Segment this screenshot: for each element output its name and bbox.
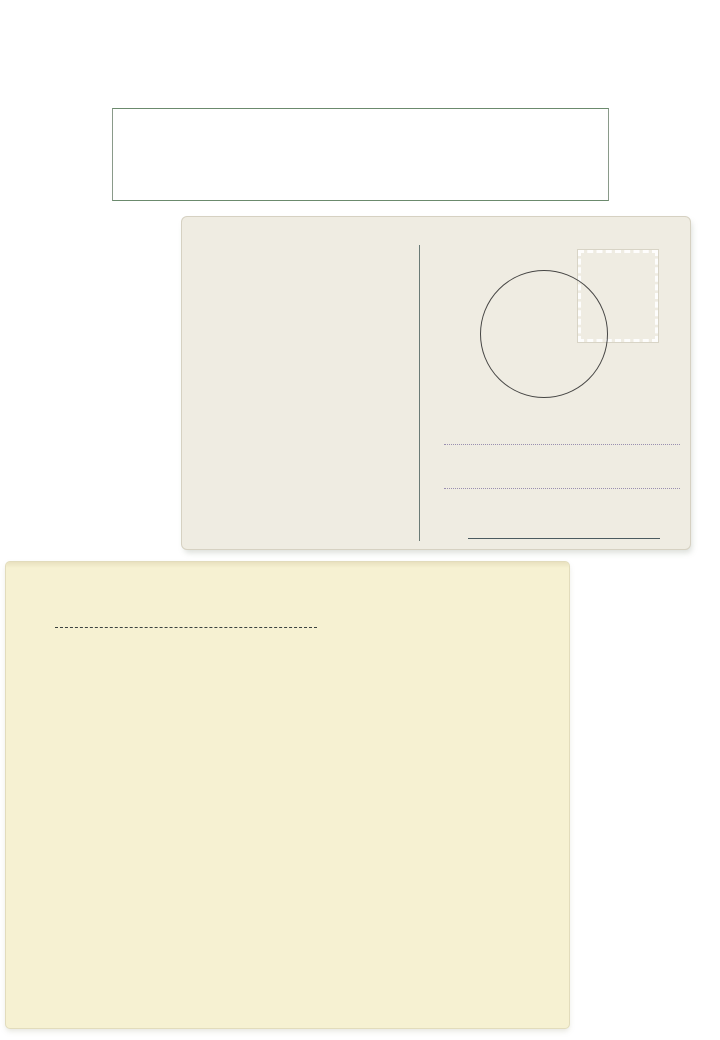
- cover-image: [6, 562, 569, 1028]
- routing-underline: [55, 627, 317, 628]
- berlin-postmark: [480, 270, 608, 398]
- handwritten-message: [192, 235, 402, 545]
- address-line: [444, 488, 680, 489]
- postcard-divider: [419, 245, 420, 541]
- viewcard-caption: [22, 291, 157, 303]
- intro-info-box: [112, 108, 609, 201]
- viewcard-image: [182, 217, 690, 549]
- address-line: [468, 538, 660, 539]
- address-line: [444, 444, 680, 445]
